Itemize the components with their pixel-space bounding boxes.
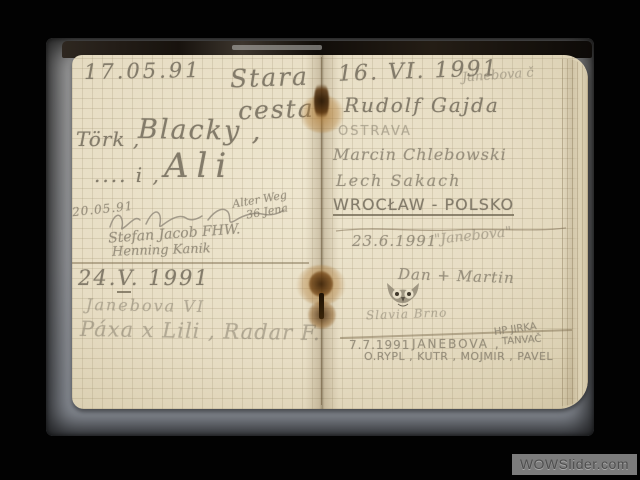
slider-stage: 17.05.91 Stara cesta Törk , Blacky , ...…	[0, 0, 640, 480]
left-names-1b: Blacky ,	[138, 116, 263, 145]
left-entry-date-1: 17.05.91	[84, 60, 202, 83]
right-club: Slavia Brno	[366, 307, 448, 322]
left-title-line1: Stara	[230, 64, 310, 92]
spine-highlight	[232, 45, 322, 50]
right-name-3: Lech Sakach	[336, 173, 461, 189]
left-date-3-year: . 1991	[131, 266, 210, 290]
left-names-1a: Törk ,	[76, 129, 140, 149]
left-names-3: Páxa x Lili , Radar F.	[80, 319, 321, 344]
left-names-2a: .... i ,	[94, 165, 161, 185]
right-city-1: OSTRAVA	[338, 125, 412, 138]
left-divider-line	[72, 262, 309, 264]
wowslider-watermark-link[interactable]: WOWSlider.com	[512, 454, 637, 475]
right-venue-3: JANEBOVA ,	[412, 338, 501, 350]
left-names-2b: Ali	[164, 149, 234, 183]
right-city-2: WROCŁAW - POLSKO	[333, 197, 514, 216]
right-venue-note: Janebova č	[462, 67, 534, 85]
right-names-3: O.RYPL , KUTR , MOJMIR , PAVEL	[364, 351, 553, 362]
left-date-3-month: V	[117, 266, 131, 293]
burn-stain-top	[314, 81, 329, 121]
right-name-1: Rudolf Gajda	[344, 95, 500, 115]
binding-stitch	[319, 293, 324, 319]
right-entry-date-2: 23.6.1991	[352, 234, 437, 249]
notebook-pages: 17.05.91 Stara cesta Törk , Blacky , ...…	[72, 55, 588, 409]
notebook-photo: 17.05.91 Stara cesta Törk , Blacky , ...…	[46, 38, 594, 436]
right-name-2: Marcin Chlebowski	[333, 147, 507, 163]
left-venue-1: Janebova VI	[86, 297, 205, 315]
left-date-3-day: 24.	[78, 266, 117, 290]
right-note-2: TANVAČ	[502, 335, 542, 348]
left-signature-2: Henning Kanik	[112, 242, 211, 258]
left-entry-date-3: 24.V. 1991	[78, 268, 210, 289]
